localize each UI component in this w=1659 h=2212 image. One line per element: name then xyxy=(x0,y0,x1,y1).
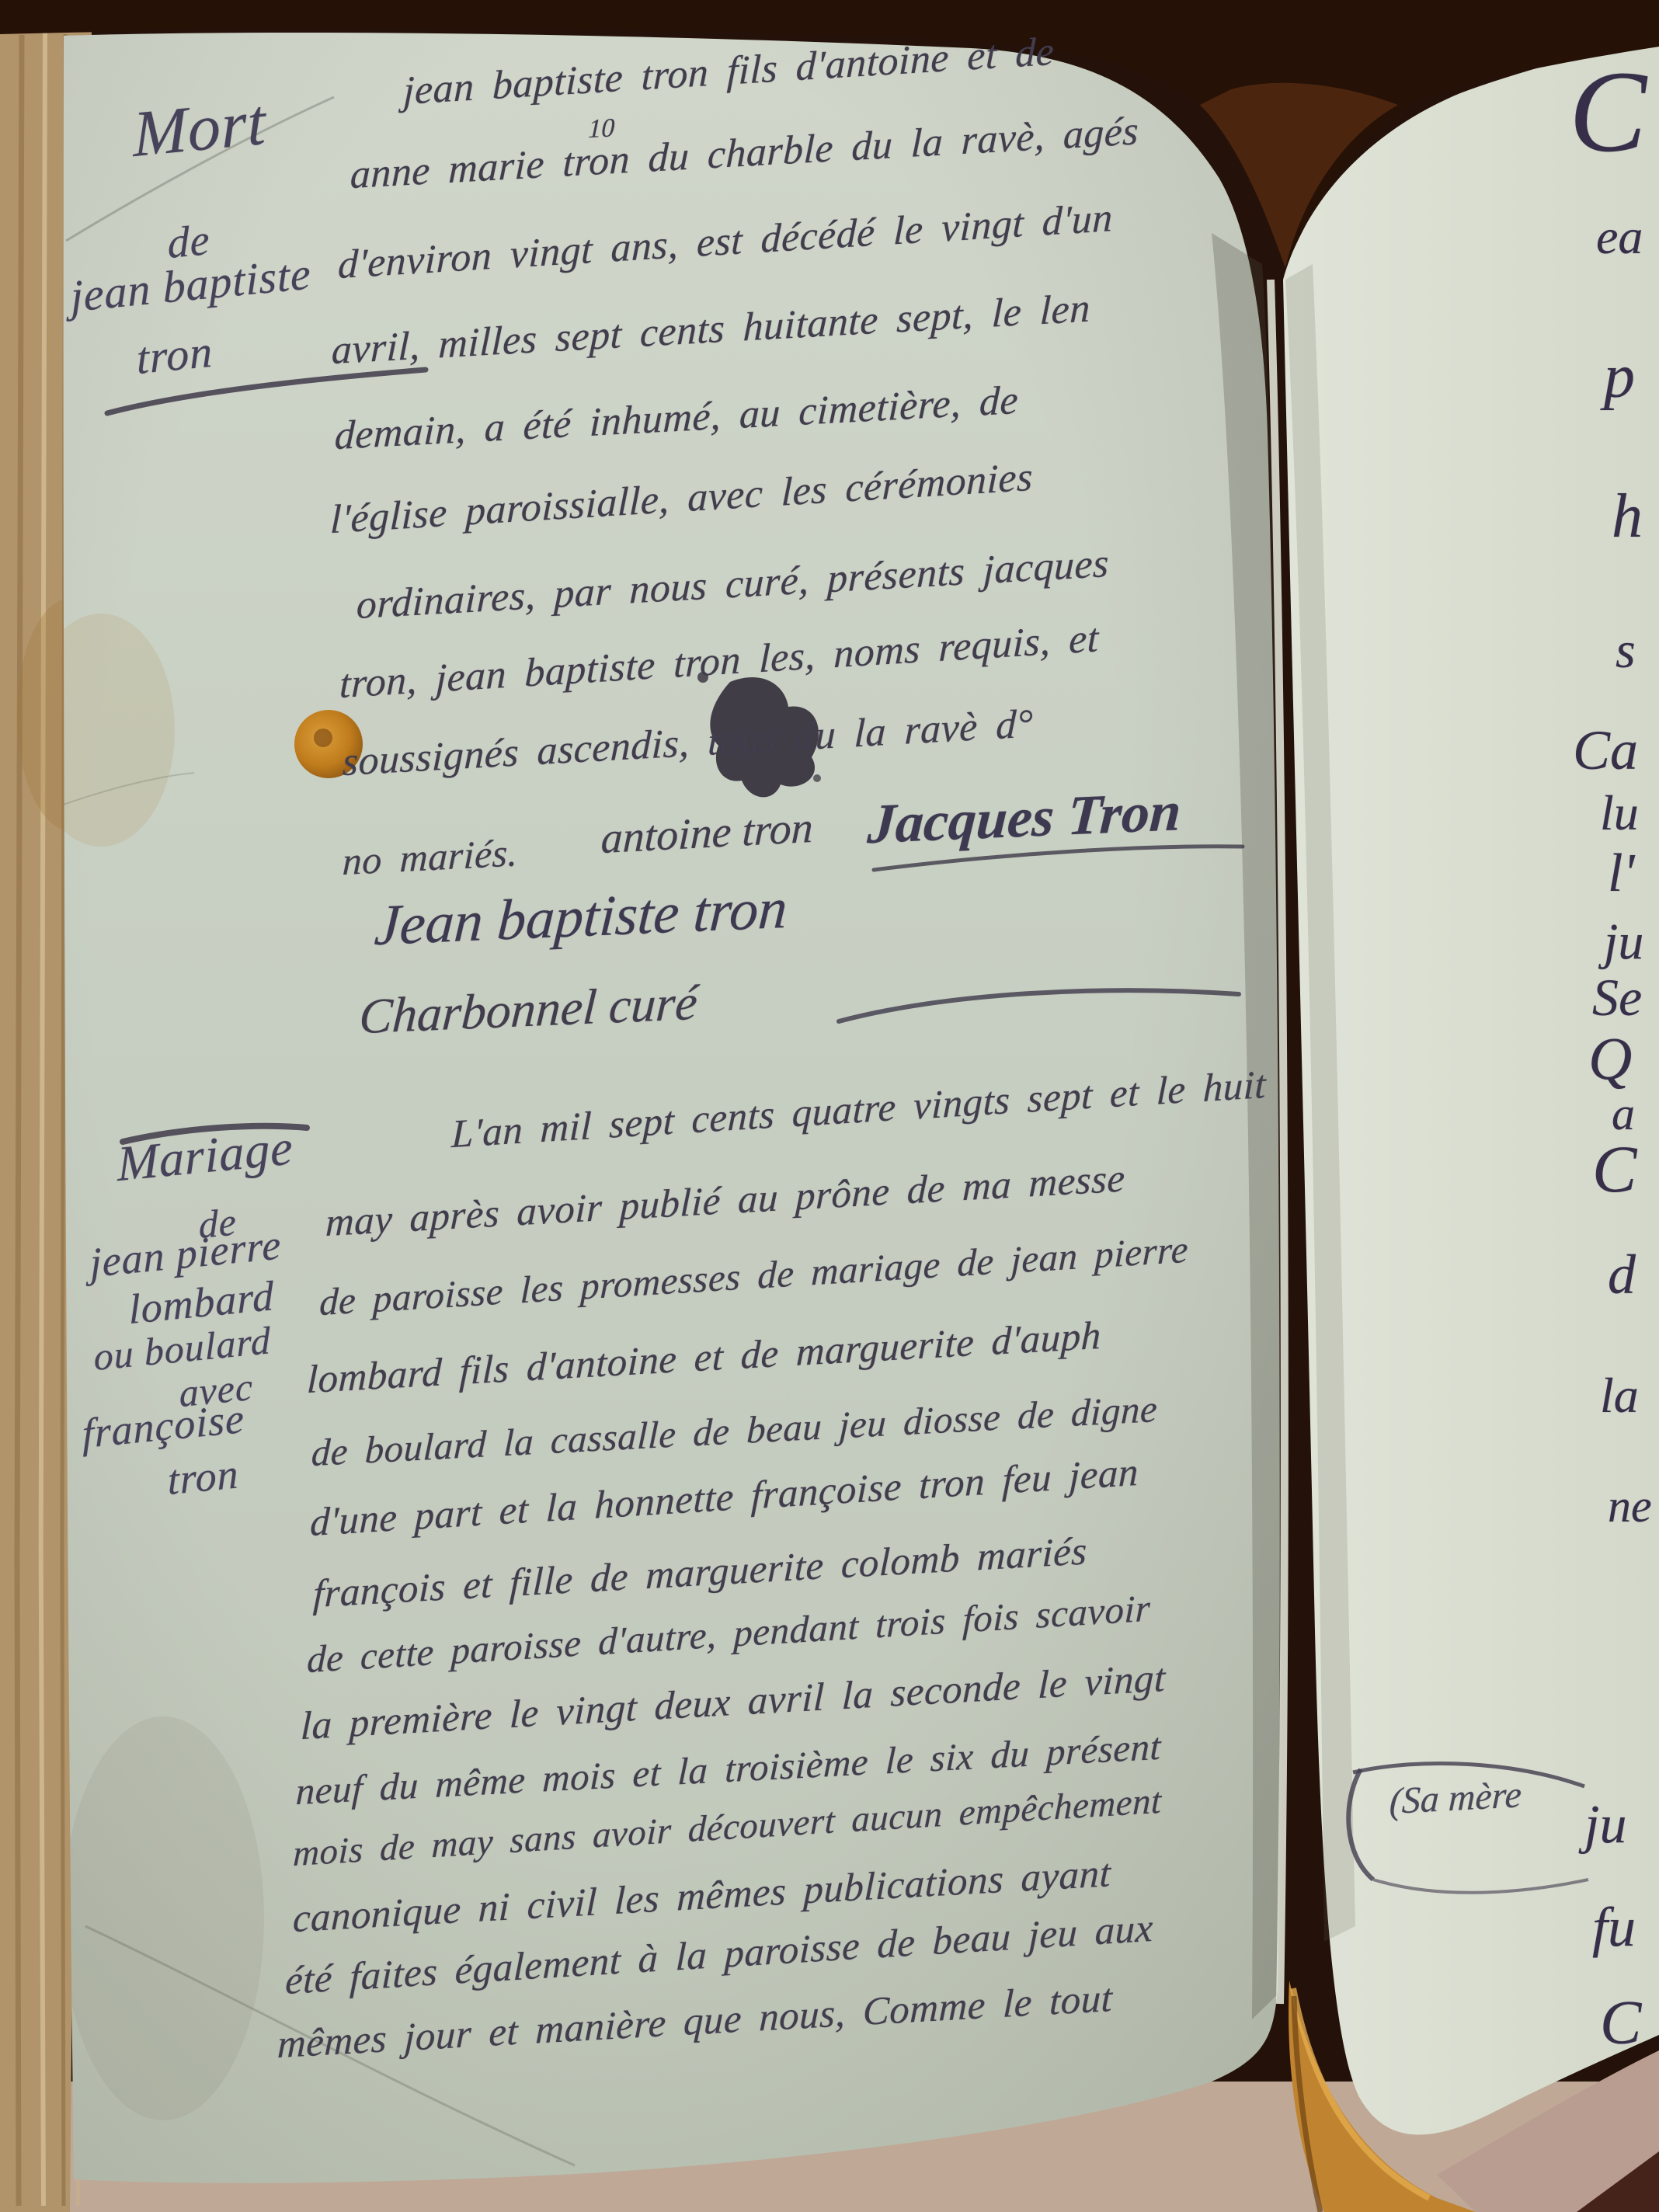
burial-margin-word: Mort xyxy=(132,85,267,173)
right-page-text-fragment: ea xyxy=(1596,208,1643,266)
right-page-margin-note: (Sa mère xyxy=(1389,1773,1522,1823)
right-page-text-fragment: d xyxy=(1608,1243,1636,1307)
right-page-text-fragment: ne xyxy=(1608,1480,1652,1533)
right-page-text-fragment: C xyxy=(1569,45,1647,179)
burial-line: no mariés. xyxy=(342,829,519,884)
manuscript-photo: Mort de jean baptiste tron 10 jean bapti… xyxy=(0,0,1659,2212)
right-page-text-fragment: Ca xyxy=(1573,718,1638,783)
right-page-text-fragment: la xyxy=(1600,1367,1639,1424)
right-page-text-fragment: ju xyxy=(1604,913,1643,972)
right-page-text-fragment: C xyxy=(1592,1130,1636,1208)
marriage-margin-word: tron xyxy=(167,1449,239,1504)
right-page-text-fragment: lu xyxy=(1600,784,1639,842)
right-page-text-fragment: Se xyxy=(1592,967,1642,1028)
right-page-text-fragment: C xyxy=(1600,1988,1641,2059)
right-page-text-fragment: s xyxy=(1616,621,1636,680)
right-page-text-fragment: fu xyxy=(1592,1895,1636,1960)
right-page-text-fragment: l' xyxy=(1608,843,1634,905)
right-page-text-fragment: Q xyxy=(1588,1024,1632,1094)
burial-margin-word: tron xyxy=(136,325,214,385)
signature-jacques-tron: Jacques Tron xyxy=(866,779,1183,857)
right-page-text-fragment: ju xyxy=(1584,1794,1626,1856)
right-page-text-fragment: p xyxy=(1604,342,1635,412)
right-page-text-fragment: h xyxy=(1612,482,1643,552)
